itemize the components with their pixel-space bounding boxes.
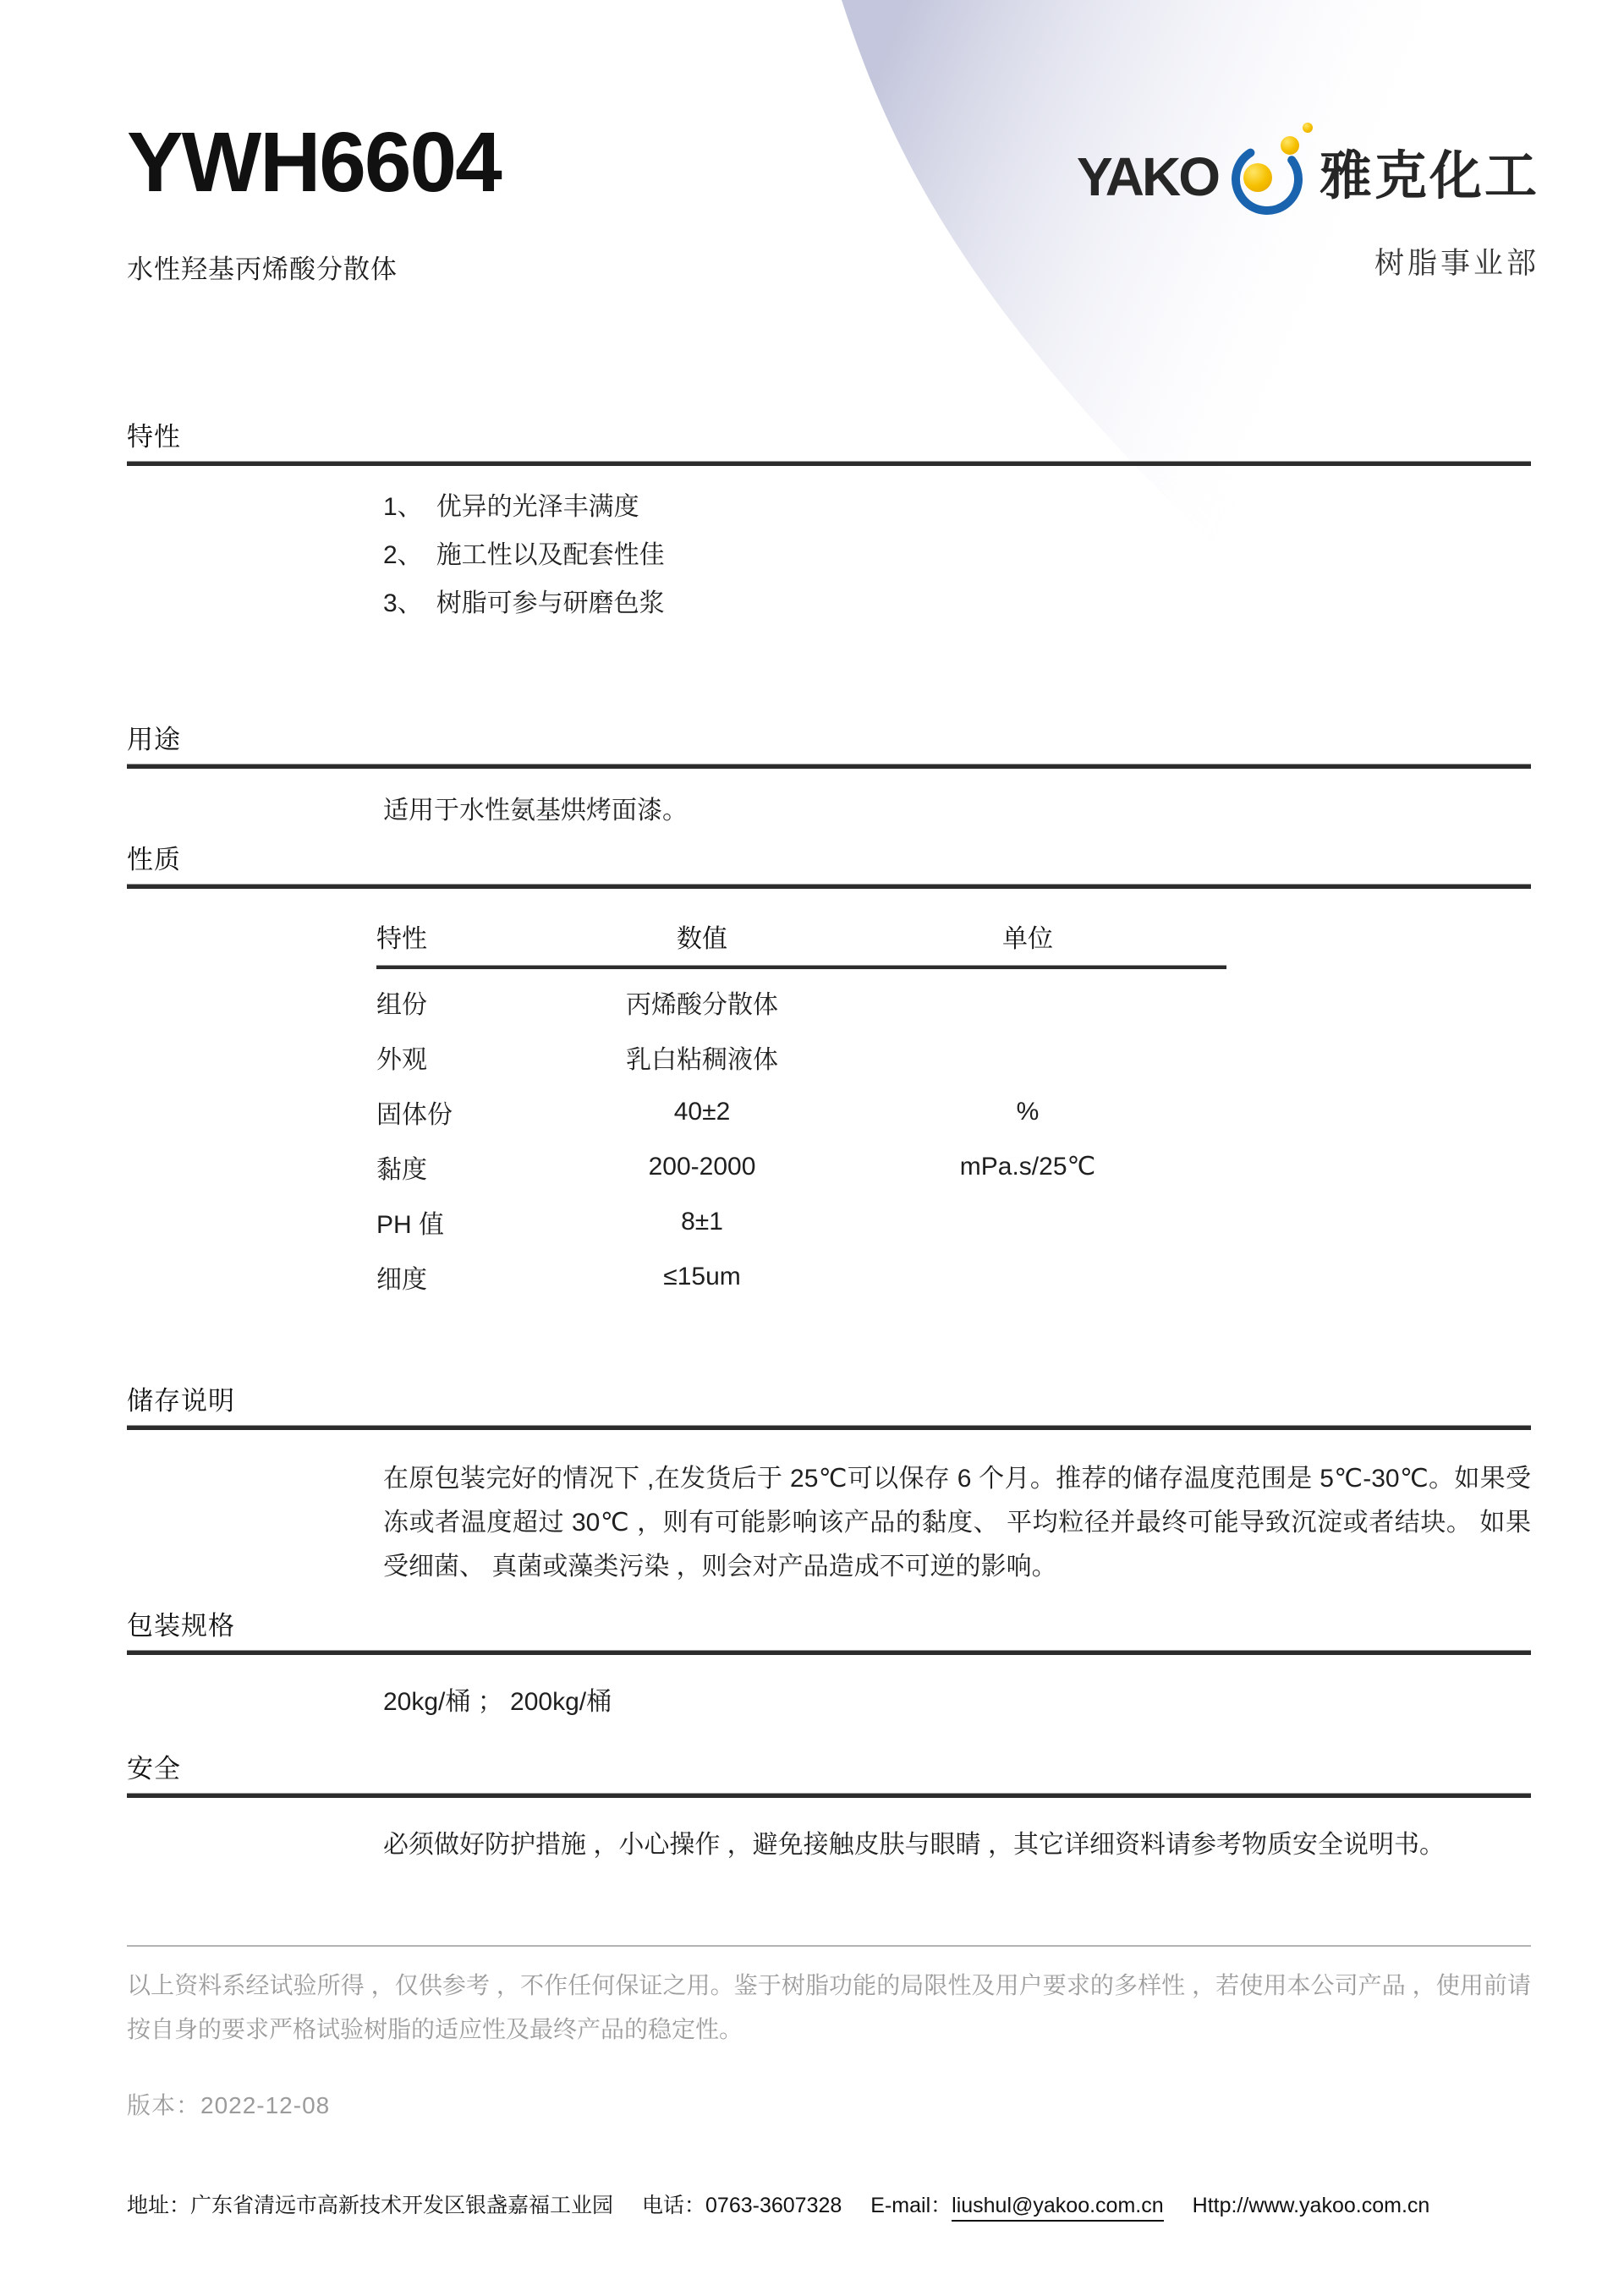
section-rule xyxy=(127,1425,1531,1430)
packaging-text: 20kg/桶 ； 200kg/桶 xyxy=(383,1680,1531,1724)
feature-number: 2、 xyxy=(383,541,423,569)
footer-divider xyxy=(127,1945,1531,1947)
property-name: PH 值 xyxy=(376,1203,596,1241)
logo-row: YAKO 雅克化工 xyxy=(1077,127,1539,227)
table-row: 黏度 200-2000 mPa.s/25℃ xyxy=(376,1139,1256,1194)
section-rule xyxy=(127,1650,1531,1655)
orbit-logo-icon xyxy=(1223,120,1318,220)
feature-text: 施工性以及配套性佳 xyxy=(436,541,665,569)
section-usage: 用途 适用于水性氨基烘烤面漆。 xyxy=(127,723,1531,833)
section-safety: 安全 必须做好防护措施 ，小心操作 ，避免接触皮肤与眼睛 ，其它详细资料请参考物… xyxy=(127,1752,1531,1867)
column-header-unit: 单位 xyxy=(808,918,1248,955)
safety-title: 安全 xyxy=(127,1752,1531,1786)
section-rule xyxy=(127,764,1531,769)
properties-table-header: 特性 数值 单位 xyxy=(376,918,1256,955)
usage-title: 用途 xyxy=(127,723,1531,757)
property-name: 组份 xyxy=(376,984,596,1021)
feature-item: 2、施工性以及配套性佳 xyxy=(383,531,1531,579)
property-name: 细度 xyxy=(376,1258,596,1296)
features-title: 特性 xyxy=(127,420,1531,454)
feature-text: 优异的光泽丰满度 xyxy=(436,493,639,521)
table-row: 细度 ≤15um xyxy=(376,1249,1256,1304)
storage-text: 在原包装完好的情况下 ,在发货后于 25℃可以保存 6 个月。推荐的储存温度范围… xyxy=(383,1457,1531,1589)
yako-logo-text: YAKO xyxy=(1077,150,1218,204)
section-rule xyxy=(127,461,1531,466)
feature-text: 树脂可参与研磨色浆 xyxy=(436,589,665,617)
properties-table: 特性 数值 单位 组份 丙烯酸分散体 外观 乳白粘稠液体 固体份 40± xyxy=(376,918,1256,1304)
feature-number: 3、 xyxy=(383,589,423,617)
column-header-name: 特性 xyxy=(376,918,596,955)
properties-table-body: 组份 丙烯酸分散体 外观 乳白粘稠液体 固体份 40±2 % 黏度 200-20… xyxy=(376,974,1256,1304)
version-text: 版本：2022-12-08 xyxy=(127,2087,330,2121)
feature-item: 1、优异的光泽丰满度 xyxy=(383,483,1531,531)
address-text: 地址：广东省清远市高新技术开发区银盏嘉福工业园 xyxy=(127,2189,613,2219)
property-name: 外观 xyxy=(376,1038,596,1076)
email-label: E-mail： xyxy=(870,2194,952,2217)
section-packaging: 包装规格 20kg/桶 ； 200kg/桶 xyxy=(127,1609,1531,1724)
usage-text: 适用于水性氨基烘烤面漆。 xyxy=(383,789,1531,833)
division-name: 树脂事业部 xyxy=(1077,240,1539,282)
email-link[interactable]: liushul@yakoo.com.cn xyxy=(952,2194,1164,2222)
feature-number: 1、 xyxy=(383,493,423,521)
contact-line: 地址：广东省清远市高新技术开发区银盏嘉福工业园 电话：0763-3607328 … xyxy=(127,2189,1565,2219)
section-properties: 性质 特性 数值 单位 组份 丙烯酸分散体 外观 乳白粘稠液体 xyxy=(127,843,1531,1304)
product-subtitle: 水性羟基丙烯酸分散体 xyxy=(127,248,501,286)
storage-title: 储存说明 xyxy=(127,1384,1531,1418)
product-code-title: YWH6604 xyxy=(127,118,501,207)
property-unit: mPa.s/25℃ xyxy=(808,1152,1248,1181)
property-value: 丙烯酸分散体 xyxy=(596,984,808,1021)
table-header-rule xyxy=(376,965,1226,969)
property-name: 固体份 xyxy=(376,1093,596,1131)
header: YWH6604 水性羟基丙烯酸分散体 xyxy=(127,118,501,286)
section-storage: 储存说明 在原包装完好的情况下 ,在发货后于 25℃可以保存 6 个月。推荐的储… xyxy=(127,1384,1531,1589)
brand-block: YAKO 雅克化工 树脂事业部 xyxy=(1077,127,1539,282)
datasheet-page: YWH6604 水性羟基丙烯酸分散体 YAKO 雅克化工 树脂 xyxy=(0,0,1624,2296)
property-value: 200-2000 xyxy=(596,1153,808,1181)
section-features: 特性 1、优异的光泽丰满度 2、施工性以及配套性佳 3、树脂可参与研磨色浆 xyxy=(127,420,1531,627)
property-value: 40±2 xyxy=(596,1098,808,1126)
property-value: 乳白粘稠液体 xyxy=(596,1038,808,1076)
column-header-value: 数值 xyxy=(596,918,808,955)
table-row: 外观 乳白粘稠液体 xyxy=(376,1029,1256,1084)
table-row: 固体份 40±2 % xyxy=(376,1084,1256,1139)
table-row: 组份 丙烯酸分散体 xyxy=(376,974,1256,1029)
table-row: PH 值 8±1 xyxy=(376,1194,1256,1249)
property-name: 黏度 xyxy=(376,1148,596,1186)
properties-title: 性质 xyxy=(127,843,1531,877)
company-name: 雅克化工 xyxy=(1319,151,1539,203)
feature-item: 3、树脂可参与研磨色浆 xyxy=(383,579,1531,627)
phone-text: 电话：0763-3607328 xyxy=(642,2189,842,2219)
safety-text: 必须做好防护措施 ，小心操作 ，避免接触皮肤与眼睛 ，其它详细资料请参考物质安全… xyxy=(383,1823,1531,1867)
section-rule xyxy=(127,1793,1531,1798)
email-row: E-mail：liushul@yakoo.com.cn xyxy=(870,2189,1163,2219)
packaging-title: 包装规格 xyxy=(127,1609,1531,1643)
property-unit: % xyxy=(808,1098,1248,1126)
website-text: Http://www.yakoo.com.cn xyxy=(1193,2194,1430,2218)
property-value: ≤15um xyxy=(596,1263,808,1291)
feature-list: 1、优异的光泽丰满度 2、施工性以及配套性佳 3、树脂可参与研磨色浆 xyxy=(383,483,1531,627)
section-rule xyxy=(127,884,1531,889)
property-value: 8±1 xyxy=(596,1208,808,1236)
disclaimer-text: 以上资料系经试验所得 ，仅供参考 ，不作任何保证之用。鉴于树脂功能的局限性及用户… xyxy=(127,1964,1531,2052)
